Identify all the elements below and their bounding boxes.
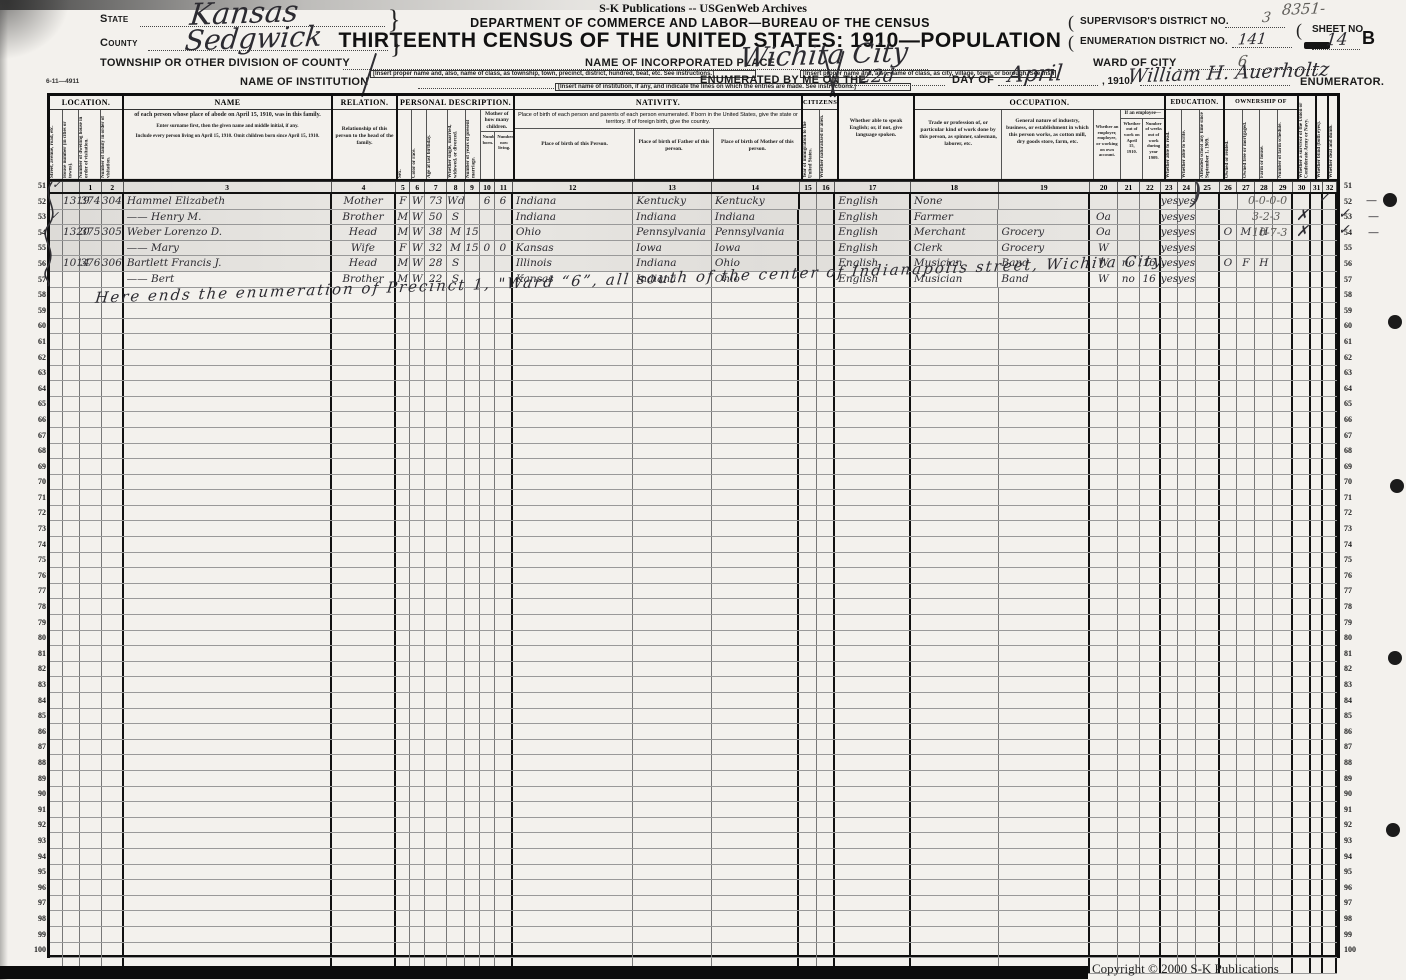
grid-cell bbox=[396, 553, 410, 568]
col-head-children-living: Number now living. bbox=[495, 132, 513, 179]
grid-cell bbox=[799, 927, 817, 942]
grid-cell bbox=[1293, 693, 1311, 708]
grid-cell bbox=[513, 662, 633, 677]
grid-cell bbox=[1140, 225, 1161, 240]
col-head-read: Whether able to read. bbox=[1166, 110, 1182, 179]
grid-cell: O bbox=[1220, 256, 1238, 271]
grid-cell bbox=[1196, 849, 1220, 864]
grid-cell bbox=[80, 818, 102, 833]
grid-cell bbox=[80, 771, 102, 786]
grid-cell bbox=[1293, 568, 1311, 583]
line-number: 64 bbox=[28, 381, 46, 397]
grid-cell bbox=[1118, 662, 1140, 677]
grid-cell: M bbox=[447, 225, 465, 240]
grid-cell bbox=[332, 802, 397, 817]
grid-cell bbox=[332, 771, 397, 786]
grid-cell bbox=[1273, 381, 1293, 396]
grid-cell: Merchant bbox=[911, 225, 999, 240]
grid-cell bbox=[102, 599, 124, 614]
name-desc: Include every person living on April 15,… bbox=[124, 132, 331, 142]
grid-cell bbox=[799, 662, 817, 677]
grid-cell bbox=[712, 303, 800, 318]
grid-cell bbox=[1293, 459, 1311, 474]
grid-cell bbox=[63, 319, 80, 334]
line-number: 57 bbox=[28, 272, 46, 288]
grid-cell bbox=[1196, 303, 1220, 318]
grid-cell bbox=[495, 615, 513, 630]
grid-cell bbox=[447, 615, 465, 630]
grid-cell bbox=[835, 350, 911, 365]
grid-cell bbox=[447, 709, 465, 724]
grid-cell bbox=[332, 334, 397, 349]
grid-cell bbox=[480, 896, 495, 911]
table-row bbox=[50, 646, 1337, 662]
grid-cell bbox=[447, 381, 465, 396]
line-number: 58 bbox=[28, 287, 46, 303]
grid-cell bbox=[799, 241, 817, 256]
grid-cell bbox=[1273, 225, 1293, 240]
grid-cell bbox=[712, 521, 800, 536]
grid-cell: Indiana bbox=[633, 210, 712, 225]
grid-cell bbox=[633, 677, 712, 692]
grid-cell bbox=[1255, 880, 1273, 895]
grid-cell bbox=[1273, 350, 1293, 365]
grid-cell bbox=[1323, 802, 1337, 817]
line-number: 69 bbox=[1344, 459, 1362, 475]
grid-cell bbox=[712, 350, 800, 365]
grid-cell bbox=[835, 366, 911, 381]
grid-cell bbox=[447, 802, 465, 817]
grid-cell bbox=[1178, 771, 1196, 786]
grid-cell bbox=[410, 366, 425, 381]
grid-cell bbox=[1196, 366, 1220, 381]
table-row: —— BertBrotherMW22SKansasIndianaOhioEngl… bbox=[50, 272, 1337, 288]
grid-cell bbox=[447, 475, 465, 490]
grid-cell bbox=[495, 459, 513, 474]
grid-cell bbox=[63, 709, 80, 724]
line-number: 81 bbox=[1344, 646, 1362, 662]
grid-cell bbox=[911, 662, 999, 677]
grid-cell bbox=[911, 755, 999, 770]
grid-cell bbox=[1140, 428, 1161, 443]
grid-cell bbox=[1323, 599, 1337, 614]
grid-cell bbox=[410, 693, 425, 708]
grid-cell bbox=[1273, 693, 1293, 708]
line-number: 61 bbox=[28, 334, 46, 350]
grid-cell bbox=[1293, 553, 1311, 568]
grid-cell bbox=[1196, 241, 1220, 256]
grid-cell: M bbox=[396, 256, 410, 271]
grid-cell bbox=[1255, 521, 1273, 536]
grid-cell bbox=[124, 381, 332, 396]
grid-cell bbox=[1311, 787, 1323, 802]
grid-cell bbox=[465, 568, 480, 583]
grid-cell bbox=[1293, 366, 1311, 381]
col-head-trade: Trade or profession of, or particular ki… bbox=[915, 110, 1002, 179]
grid-cell bbox=[911, 833, 999, 848]
grid-cell bbox=[633, 319, 712, 334]
grid-cell bbox=[1237, 631, 1255, 646]
grid-cell bbox=[495, 693, 513, 708]
grid-cell bbox=[1323, 475, 1337, 490]
grid-cell bbox=[911, 584, 999, 599]
grid-cell bbox=[911, 428, 999, 443]
grid-cell bbox=[633, 833, 712, 848]
table-row bbox=[50, 911, 1337, 927]
grid-cell: no bbox=[1118, 256, 1140, 271]
grid-cell bbox=[50, 459, 63, 474]
grid-cell bbox=[633, 599, 712, 614]
grid-cell bbox=[63, 303, 80, 318]
line-number: 83 bbox=[1344, 677, 1362, 693]
section-title-ownership: OWNERSHIP OF HOME. bbox=[1225, 96, 1297, 110]
table-row bbox=[50, 288, 1337, 304]
grid-cell bbox=[1178, 833, 1196, 848]
table-row bbox=[50, 537, 1337, 553]
grid-cell bbox=[332, 350, 397, 365]
grid-cell bbox=[1140, 459, 1161, 474]
grid-cell bbox=[1140, 911, 1161, 926]
grid-cell bbox=[712, 506, 800, 521]
grid-cell bbox=[480, 677, 495, 692]
grid-cell bbox=[1323, 428, 1337, 443]
grid-cell bbox=[911, 350, 999, 365]
grid-cell bbox=[633, 818, 712, 833]
grid-cell bbox=[425, 319, 447, 334]
grid-cell bbox=[50, 506, 63, 521]
grid-cell bbox=[410, 444, 425, 459]
grid-cell bbox=[1220, 412, 1238, 427]
grid-cell bbox=[1273, 459, 1293, 474]
grid-cell bbox=[480, 490, 495, 505]
grid-cell bbox=[1140, 553, 1161, 568]
grid-cell bbox=[1161, 288, 1178, 303]
grid-cell bbox=[425, 943, 447, 958]
grid-cell bbox=[513, 397, 633, 412]
grid-cell bbox=[1273, 787, 1293, 802]
grid-cell bbox=[447, 677, 465, 692]
grid-cell bbox=[1161, 303, 1178, 318]
grid-cell bbox=[1196, 553, 1220, 568]
grid-cell bbox=[799, 943, 817, 958]
grid-cell bbox=[1090, 709, 1118, 724]
grid-cell bbox=[465, 631, 480, 646]
grid-cell bbox=[999, 475, 1091, 490]
grid-cell bbox=[495, 662, 513, 677]
grid-cell bbox=[410, 833, 425, 848]
grid-cell bbox=[999, 553, 1091, 568]
grid-cell bbox=[480, 319, 495, 334]
grid-cell bbox=[1220, 568, 1238, 583]
column-number: 26 bbox=[1220, 182, 1238, 192]
grid-cell bbox=[817, 755, 835, 770]
grid-cell bbox=[1293, 709, 1311, 724]
grid-cell bbox=[1178, 459, 1196, 474]
grid-cell bbox=[835, 911, 911, 926]
grid-cell bbox=[633, 787, 712, 802]
grid-cell bbox=[124, 802, 332, 817]
grid-cell bbox=[1090, 553, 1118, 568]
grid-cell bbox=[1090, 615, 1118, 630]
grid-cell bbox=[513, 521, 633, 536]
table-row bbox=[50, 631, 1337, 647]
grid-cell bbox=[1323, 896, 1337, 911]
grid-cell bbox=[332, 537, 397, 552]
grid-cell bbox=[1220, 818, 1238, 833]
grid-cell bbox=[1220, 459, 1238, 474]
grid-cell bbox=[1273, 428, 1293, 443]
grid-cell bbox=[1140, 599, 1161, 614]
grid-cell bbox=[80, 662, 102, 677]
grid-cell bbox=[1237, 802, 1255, 817]
enumeration-district-value: 141 bbox=[1237, 29, 1268, 48]
grid-cell bbox=[50, 366, 63, 381]
grid-cell bbox=[1237, 366, 1255, 381]
state-label: State bbox=[100, 13, 129, 25]
grid-cell bbox=[799, 521, 817, 536]
grid-cell bbox=[1237, 724, 1255, 739]
grid-cell bbox=[633, 537, 712, 552]
line-number: 98 bbox=[1344, 911, 1362, 927]
grid-cell bbox=[50, 319, 63, 334]
grid-cell bbox=[799, 755, 817, 770]
grid-cell bbox=[495, 631, 513, 646]
grid-cell bbox=[1237, 319, 1255, 334]
grid-cell bbox=[1311, 475, 1323, 490]
grid-cell bbox=[1196, 397, 1220, 412]
grid-cell bbox=[799, 444, 817, 459]
grid-cell bbox=[465, 444, 480, 459]
grid-cell bbox=[799, 490, 817, 505]
grid-cell bbox=[447, 724, 465, 739]
grid-cell bbox=[410, 943, 425, 958]
section-occupation: OCCUPATION. Trade or profession of, or p… bbox=[915, 96, 1166, 179]
grid-cell bbox=[425, 288, 447, 303]
grid-cell bbox=[1196, 724, 1220, 739]
grid-cell bbox=[712, 755, 800, 770]
grid-cell: F bbox=[396, 241, 410, 256]
grid-cell bbox=[1255, 646, 1273, 661]
grid-cell bbox=[410, 397, 425, 412]
line-number: 70 bbox=[28, 474, 46, 490]
grid-cell bbox=[1161, 662, 1178, 677]
grid-cell bbox=[1118, 802, 1140, 817]
grid-cell: Clerk bbox=[911, 241, 999, 256]
grid-cell bbox=[50, 787, 63, 802]
grid-cell bbox=[495, 303, 513, 318]
grid-cell bbox=[999, 911, 1091, 926]
line-number: 88 bbox=[1344, 755, 1362, 771]
grid-cell bbox=[50, 802, 63, 817]
grid-cell bbox=[911, 631, 999, 646]
grid-cell bbox=[1118, 631, 1140, 646]
line-number: 65 bbox=[28, 396, 46, 412]
grid-cell bbox=[1161, 833, 1178, 848]
grid-cell: yes bbox=[1161, 256, 1178, 271]
grid-cell bbox=[817, 537, 835, 552]
supervisor-district-value: 3 bbox=[1261, 10, 1272, 26]
supervisor-line bbox=[1225, 26, 1285, 28]
column-number: 19 bbox=[999, 182, 1091, 192]
col-head-weeks-out: Number of weeks out of work during year … bbox=[1143, 119, 1164, 179]
grid-cell bbox=[1196, 646, 1220, 661]
grid-cell: Bartlett Francis J. bbox=[124, 256, 332, 271]
grid-cell bbox=[1090, 303, 1118, 318]
line-number: 68 bbox=[28, 443, 46, 459]
grid-cell: F bbox=[1237, 256, 1255, 271]
grid-cell bbox=[817, 865, 835, 880]
grid-cell bbox=[1311, 256, 1323, 271]
grid-cell bbox=[1161, 646, 1178, 661]
line-number: 87 bbox=[28, 739, 46, 755]
grid-cell bbox=[1273, 475, 1293, 490]
line-number: 61 bbox=[1344, 334, 1362, 350]
grid-cell bbox=[712, 584, 800, 599]
grid-cell bbox=[911, 849, 999, 864]
grid-cell bbox=[1118, 210, 1140, 225]
grid-cell bbox=[1161, 599, 1178, 614]
grid-cell bbox=[1140, 475, 1161, 490]
grid-cell bbox=[1311, 693, 1323, 708]
grid-cell bbox=[1196, 631, 1220, 646]
line-number: 63 bbox=[1344, 365, 1362, 381]
grid-cell: English bbox=[835, 256, 911, 271]
grid-cell bbox=[1196, 256, 1220, 271]
grid-cell bbox=[124, 755, 332, 770]
grid-cell bbox=[410, 631, 425, 646]
grid-cell bbox=[1323, 693, 1337, 708]
grid-cell bbox=[410, 787, 425, 802]
grid-cell bbox=[80, 334, 102, 349]
grid-cell bbox=[712, 865, 800, 880]
grid-cell bbox=[1311, 724, 1323, 739]
grid-cell bbox=[1178, 521, 1196, 536]
grid-cell bbox=[410, 568, 425, 583]
grid-cell bbox=[396, 943, 410, 958]
col-head-dwelling: Number of dwelling house in order of vis… bbox=[79, 110, 100, 179]
grid-cell bbox=[1090, 521, 1118, 536]
grid-cell bbox=[1273, 943, 1293, 958]
col-head-employer: Whether an employer, employee, or workin… bbox=[1094, 110, 1122, 179]
grid-cell: 16 bbox=[1140, 256, 1161, 271]
grid-cell bbox=[332, 490, 397, 505]
grid-cell bbox=[495, 709, 513, 724]
column-number: 3 bbox=[124, 182, 332, 192]
grid-cell bbox=[1196, 319, 1220, 334]
grid-cell bbox=[50, 615, 63, 630]
grid-cell bbox=[712, 880, 800, 895]
grid-cell bbox=[1311, 490, 1323, 505]
grid-cell bbox=[835, 787, 911, 802]
grid-cell bbox=[410, 865, 425, 880]
grid-cell bbox=[50, 724, 63, 739]
grid-cell bbox=[1178, 724, 1196, 739]
grid-cell bbox=[1178, 366, 1196, 381]
grid-cell bbox=[1140, 724, 1161, 739]
grid-cell bbox=[447, 740, 465, 755]
grid-cell bbox=[1237, 210, 1255, 225]
column-number: 1 bbox=[80, 182, 102, 192]
column-number bbox=[63, 182, 80, 192]
grid-cell bbox=[80, 568, 102, 583]
grid-cell: yes bbox=[1178, 272, 1196, 287]
grid-cell bbox=[1118, 646, 1140, 661]
grid-cell bbox=[1161, 506, 1178, 521]
grid-cell bbox=[911, 818, 999, 833]
grid-cell bbox=[480, 724, 495, 739]
grid-cell bbox=[495, 802, 513, 817]
grid-cell: 375 bbox=[80, 225, 102, 240]
grid-cell bbox=[1311, 646, 1323, 661]
col-head-sex: Sex. bbox=[398, 110, 412, 179]
name-desc: of each person whose place of abode on A… bbox=[124, 110, 331, 122]
grid-cell bbox=[396, 428, 410, 443]
grid-cell bbox=[425, 584, 447, 599]
grid-cell bbox=[817, 631, 835, 646]
grid-cell bbox=[799, 771, 817, 786]
grid-cell bbox=[80, 693, 102, 708]
grid-cell bbox=[480, 771, 495, 786]
grid-cell: 374 bbox=[80, 194, 102, 209]
grid-cell bbox=[1178, 412, 1196, 427]
grid-cell: W bbox=[410, 194, 425, 209]
column-number: 13 bbox=[633, 182, 712, 192]
grid-cell bbox=[911, 553, 999, 568]
line-number: 71 bbox=[1344, 490, 1362, 506]
grid-cell bbox=[480, 787, 495, 802]
grid-cell bbox=[817, 272, 835, 287]
grid-cell bbox=[124, 319, 332, 334]
grid-cell bbox=[1273, 303, 1293, 318]
grid-cell bbox=[1140, 288, 1161, 303]
grid-cell bbox=[1161, 787, 1178, 802]
grid-cell bbox=[835, 303, 911, 318]
grid-cell bbox=[102, 865, 124, 880]
grid-cell bbox=[1090, 506, 1118, 521]
table-row bbox=[50, 709, 1337, 725]
grid-cell bbox=[480, 256, 495, 271]
grid-cell bbox=[1255, 677, 1273, 692]
grid-cell bbox=[396, 709, 410, 724]
grid-cell bbox=[465, 210, 480, 225]
grid-cell bbox=[396, 334, 410, 349]
grid-cell bbox=[396, 818, 410, 833]
grid-cell bbox=[124, 849, 332, 864]
nativity-desc: Place of birth of each person and parent… bbox=[515, 110, 801, 129]
grid-cell bbox=[396, 319, 410, 334]
grid-cell bbox=[124, 943, 332, 958]
grid-cell bbox=[124, 584, 332, 599]
grid-cell bbox=[1118, 880, 1140, 895]
grid-cell bbox=[1118, 755, 1140, 770]
grid-cell bbox=[1311, 288, 1323, 303]
grid-cell bbox=[1255, 194, 1273, 209]
grid-cell bbox=[480, 272, 495, 287]
grid-cell bbox=[1140, 662, 1161, 677]
grid-cell bbox=[1118, 724, 1140, 739]
grid-cell bbox=[447, 833, 465, 848]
grid-cell bbox=[124, 303, 332, 318]
grid-cell bbox=[911, 303, 999, 318]
grid-cell bbox=[124, 553, 332, 568]
grid-cell bbox=[102, 475, 124, 490]
enum-paren: ( bbox=[1068, 32, 1074, 53]
grid-cell bbox=[911, 459, 999, 474]
grid-cell bbox=[1161, 943, 1178, 958]
grid-cell bbox=[1255, 444, 1273, 459]
grid-cell bbox=[1237, 709, 1255, 724]
grid-cell bbox=[1090, 740, 1118, 755]
